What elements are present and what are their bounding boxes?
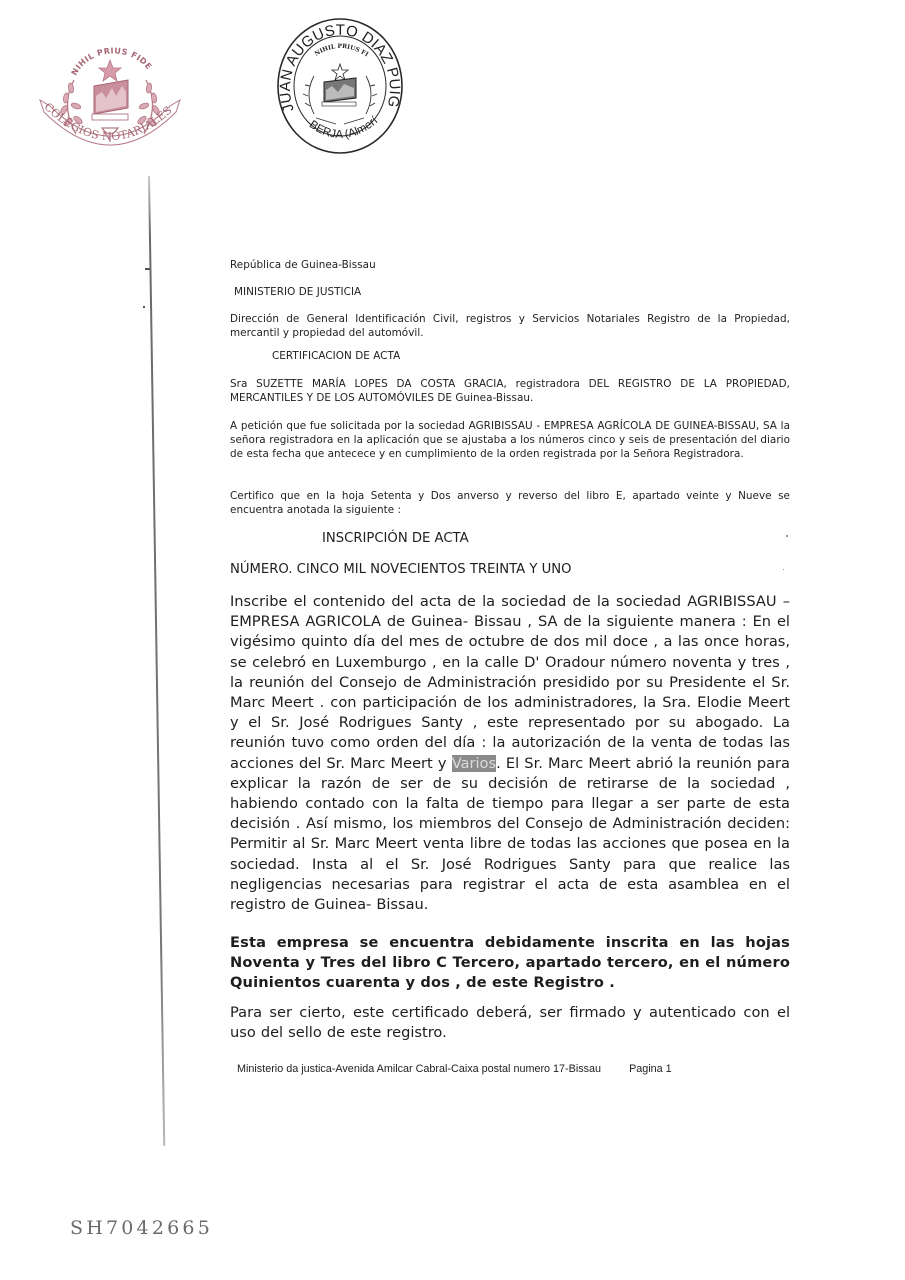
request-paragraph: A petición que fue solicitada por la soc… — [230, 419, 790, 462]
page-number: Pagina 1 — [629, 1063, 672, 1075]
margin-mark — [143, 306, 145, 308]
footer-address: Ministerio da justica-Avenida Amilcar Ca… — [237, 1063, 601, 1075]
margin-mark — [145, 268, 150, 270]
inscription-main-paragraph: Inscribe el contenido del acta de la soc… — [230, 592, 790, 915]
country-heading: República de Guinea-Bissau — [230, 258, 790, 272]
page-footer: Ministerio da justica-Avenida Amilcar Ca… — [237, 1063, 672, 1075]
scan-speck — [786, 535, 788, 537]
registration-bold-paragraph: Esta empresa se encuentra debidamente in… — [230, 933, 790, 994]
inscription-number: NÚMERO. CINCO MIL NOVECIENTOS TREINTA Y … — [230, 562, 790, 578]
directorate-text: Dirección de General Identificación Civi… — [230, 312, 790, 340]
colegios-notariales-seal: NIHIL PRIUS FIDE COLEGIOS NOTARIALES DE … — [36, 36, 184, 158]
registrar-paragraph: Sra SUZETTE MARÍA LOPES DA COSTA GRACIA,… — [230, 377, 790, 405]
main-paragraph-text-cont: . El Sr. Marc Meert abrió la reunión par… — [230, 755, 790, 913]
main-paragraph-text: Inscribe el contenido del acta de la soc… — [230, 593, 790, 772]
page-margin-line — [148, 176, 165, 1146]
notarial-emblem-icon: NIHIL PRIUS FIDE COLEGIOS NOTARIALES DE … — [36, 36, 184, 158]
serial-number: SH7042665 — [70, 1217, 213, 1239]
redacted-highlight: Varios — [452, 755, 496, 772]
certificate-title: CERTIFICACION DE ACTA — [272, 349, 832, 363]
notary-stamp-icon: JUAN AUGUSTO DIAZ PUIG - NOTARIO - BERJA… — [274, 14, 406, 156]
ministry-heading: MINISTERIO DE JUSTICIA — [234, 285, 794, 299]
certify-paragraph: Certifico que en la hoja Setenta y Dos a… — [230, 489, 790, 517]
inscription-title: INSCRIPCIÓN DE ACTA — [322, 531, 882, 547]
notary-stamp: JUAN AUGUSTO DIAZ PUIG - NOTARIO - BERJA… — [274, 14, 406, 156]
closing-paragraph: Para ser cierto, este certificado deberá… — [230, 1003, 790, 1043]
scan-speck — [783, 569, 784, 570]
